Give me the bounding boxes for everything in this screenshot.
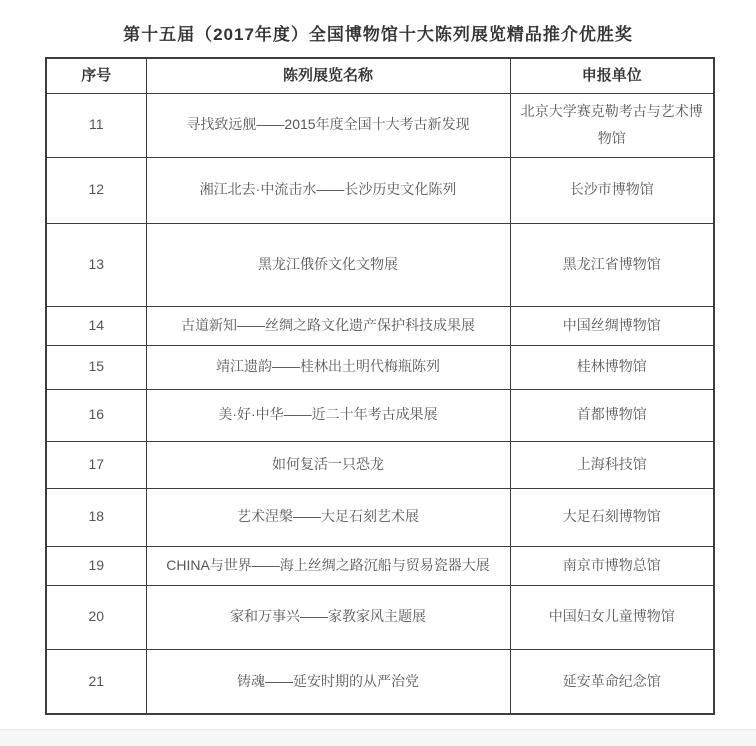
cell-org: 中国妇女儿童博物馆 — [510, 585, 714, 649]
header-cell-name: 陈列展览名称 — [146, 58, 510, 93]
cell-no: 18 — [46, 488, 146, 546]
table-row: 18艺术涅槃——大足石刻艺术展大足石刻博物馆 — [46, 488, 714, 546]
table-row: 11寻找致远舰——2015年度全国十大考古新发现北京大学赛克勒考古与艺术博物馆 — [46, 93, 714, 157]
awards-table: 序号 陈列展览名称 申报单位 11寻找致远舰——2015年度全国十大考古新发现北… — [45, 57, 715, 715]
cell-no: 15 — [46, 345, 146, 389]
cell-name: 美·好·中华——近二十年考古成果展 — [146, 389, 510, 441]
cell-org: 延安革命纪念馆 — [510, 649, 714, 714]
cell-no: 19 — [46, 546, 146, 585]
table-row: 20家和万事兴——家教家风主题展中国妇女儿童博物馆 — [46, 585, 714, 649]
cell-no: 11 — [46, 93, 146, 157]
cell-name: 靖江遗韵——桂林出土明代梅瓶陈列 — [146, 345, 510, 389]
table-row: 19CHINA与世界——海上丝绸之路沉船与贸易瓷器大展南京市博物总馆 — [46, 546, 714, 585]
cell-no: 14 — [46, 306, 146, 345]
table-row: 13黑龙江俄侨文化文物展黑龙江省博物馆 — [46, 223, 714, 306]
table-header-row: 序号 陈列展览名称 申报单位 — [46, 58, 714, 93]
table-row: 15靖江遗韵——桂林出土明代梅瓶陈列桂林博物馆 — [46, 345, 714, 389]
cell-name: 铸魂——延安时期的从严治党 — [146, 649, 510, 714]
cell-name: 艺术涅槃——大足石刻艺术展 — [146, 488, 510, 546]
footer-bar — [0, 729, 756, 746]
cell-no: 12 — [46, 157, 146, 223]
cell-org: 南京市博物总馆 — [510, 546, 714, 585]
cell-name: 湘江北去·中流击水——长沙历史文化陈列 — [146, 157, 510, 223]
cell-org: 黑龙江省博物馆 — [510, 223, 714, 306]
cell-name: 如何复活一只恐龙 — [146, 441, 510, 488]
page-title: 第十五届（2017年度）全国博物馆十大陈列展览精品推介优胜奖 — [0, 20, 756, 45]
awards-table-container: 序号 陈列展览名称 申报单位 11寻找致远舰——2015年度全国十大考古新发现北… — [45, 57, 713, 715]
cell-org: 中国丝绸博物馆 — [510, 306, 714, 345]
table-row: 17如何复活一只恐龙上海科技馆 — [46, 441, 714, 488]
cell-org: 首都博物馆 — [510, 389, 714, 441]
cell-no: 21 — [46, 649, 146, 714]
cell-no: 16 — [46, 389, 146, 441]
table-body: 11寻找致远舰——2015年度全国十大考古新发现北京大学赛克勒考古与艺术博物馆1… — [46, 93, 714, 714]
cell-name: 黑龙江俄侨文化文物展 — [146, 223, 510, 306]
table-row: 16美·好·中华——近二十年考古成果展首都博物馆 — [46, 389, 714, 441]
header-cell-no: 序号 — [46, 58, 146, 93]
header-cell-org: 申报单位 — [510, 58, 714, 93]
table-row: 21铸魂——延安时期的从严治党延安革命纪念馆 — [46, 649, 714, 714]
cell-no: 20 — [46, 585, 146, 649]
cell-org: 大足石刻博物馆 — [510, 488, 714, 546]
cell-name: 古道新知——丝绸之路文化遗产保护科技成果展 — [146, 306, 510, 345]
cell-name: CHINA与世界——海上丝绸之路沉船与贸易瓷器大展 — [146, 546, 510, 585]
cell-no: 17 — [46, 441, 146, 488]
cell-org: 北京大学赛克勒考古与艺术博物馆 — [510, 93, 714, 157]
cell-org: 长沙市博物馆 — [510, 157, 714, 223]
cell-org: 桂林博物馆 — [510, 345, 714, 389]
cell-org: 上海科技馆 — [510, 441, 714, 488]
cell-no: 13 — [46, 223, 146, 306]
table-row: 14古道新知——丝绸之路文化遗产保护科技成果展中国丝绸博物馆 — [46, 306, 714, 345]
table-row: 12湘江北去·中流击水——长沙历史文化陈列长沙市博物馆 — [46, 157, 714, 223]
cell-name: 寻找致远舰——2015年度全国十大考古新发现 — [146, 93, 510, 157]
cell-name: 家和万事兴——家教家风主题展 — [146, 585, 510, 649]
